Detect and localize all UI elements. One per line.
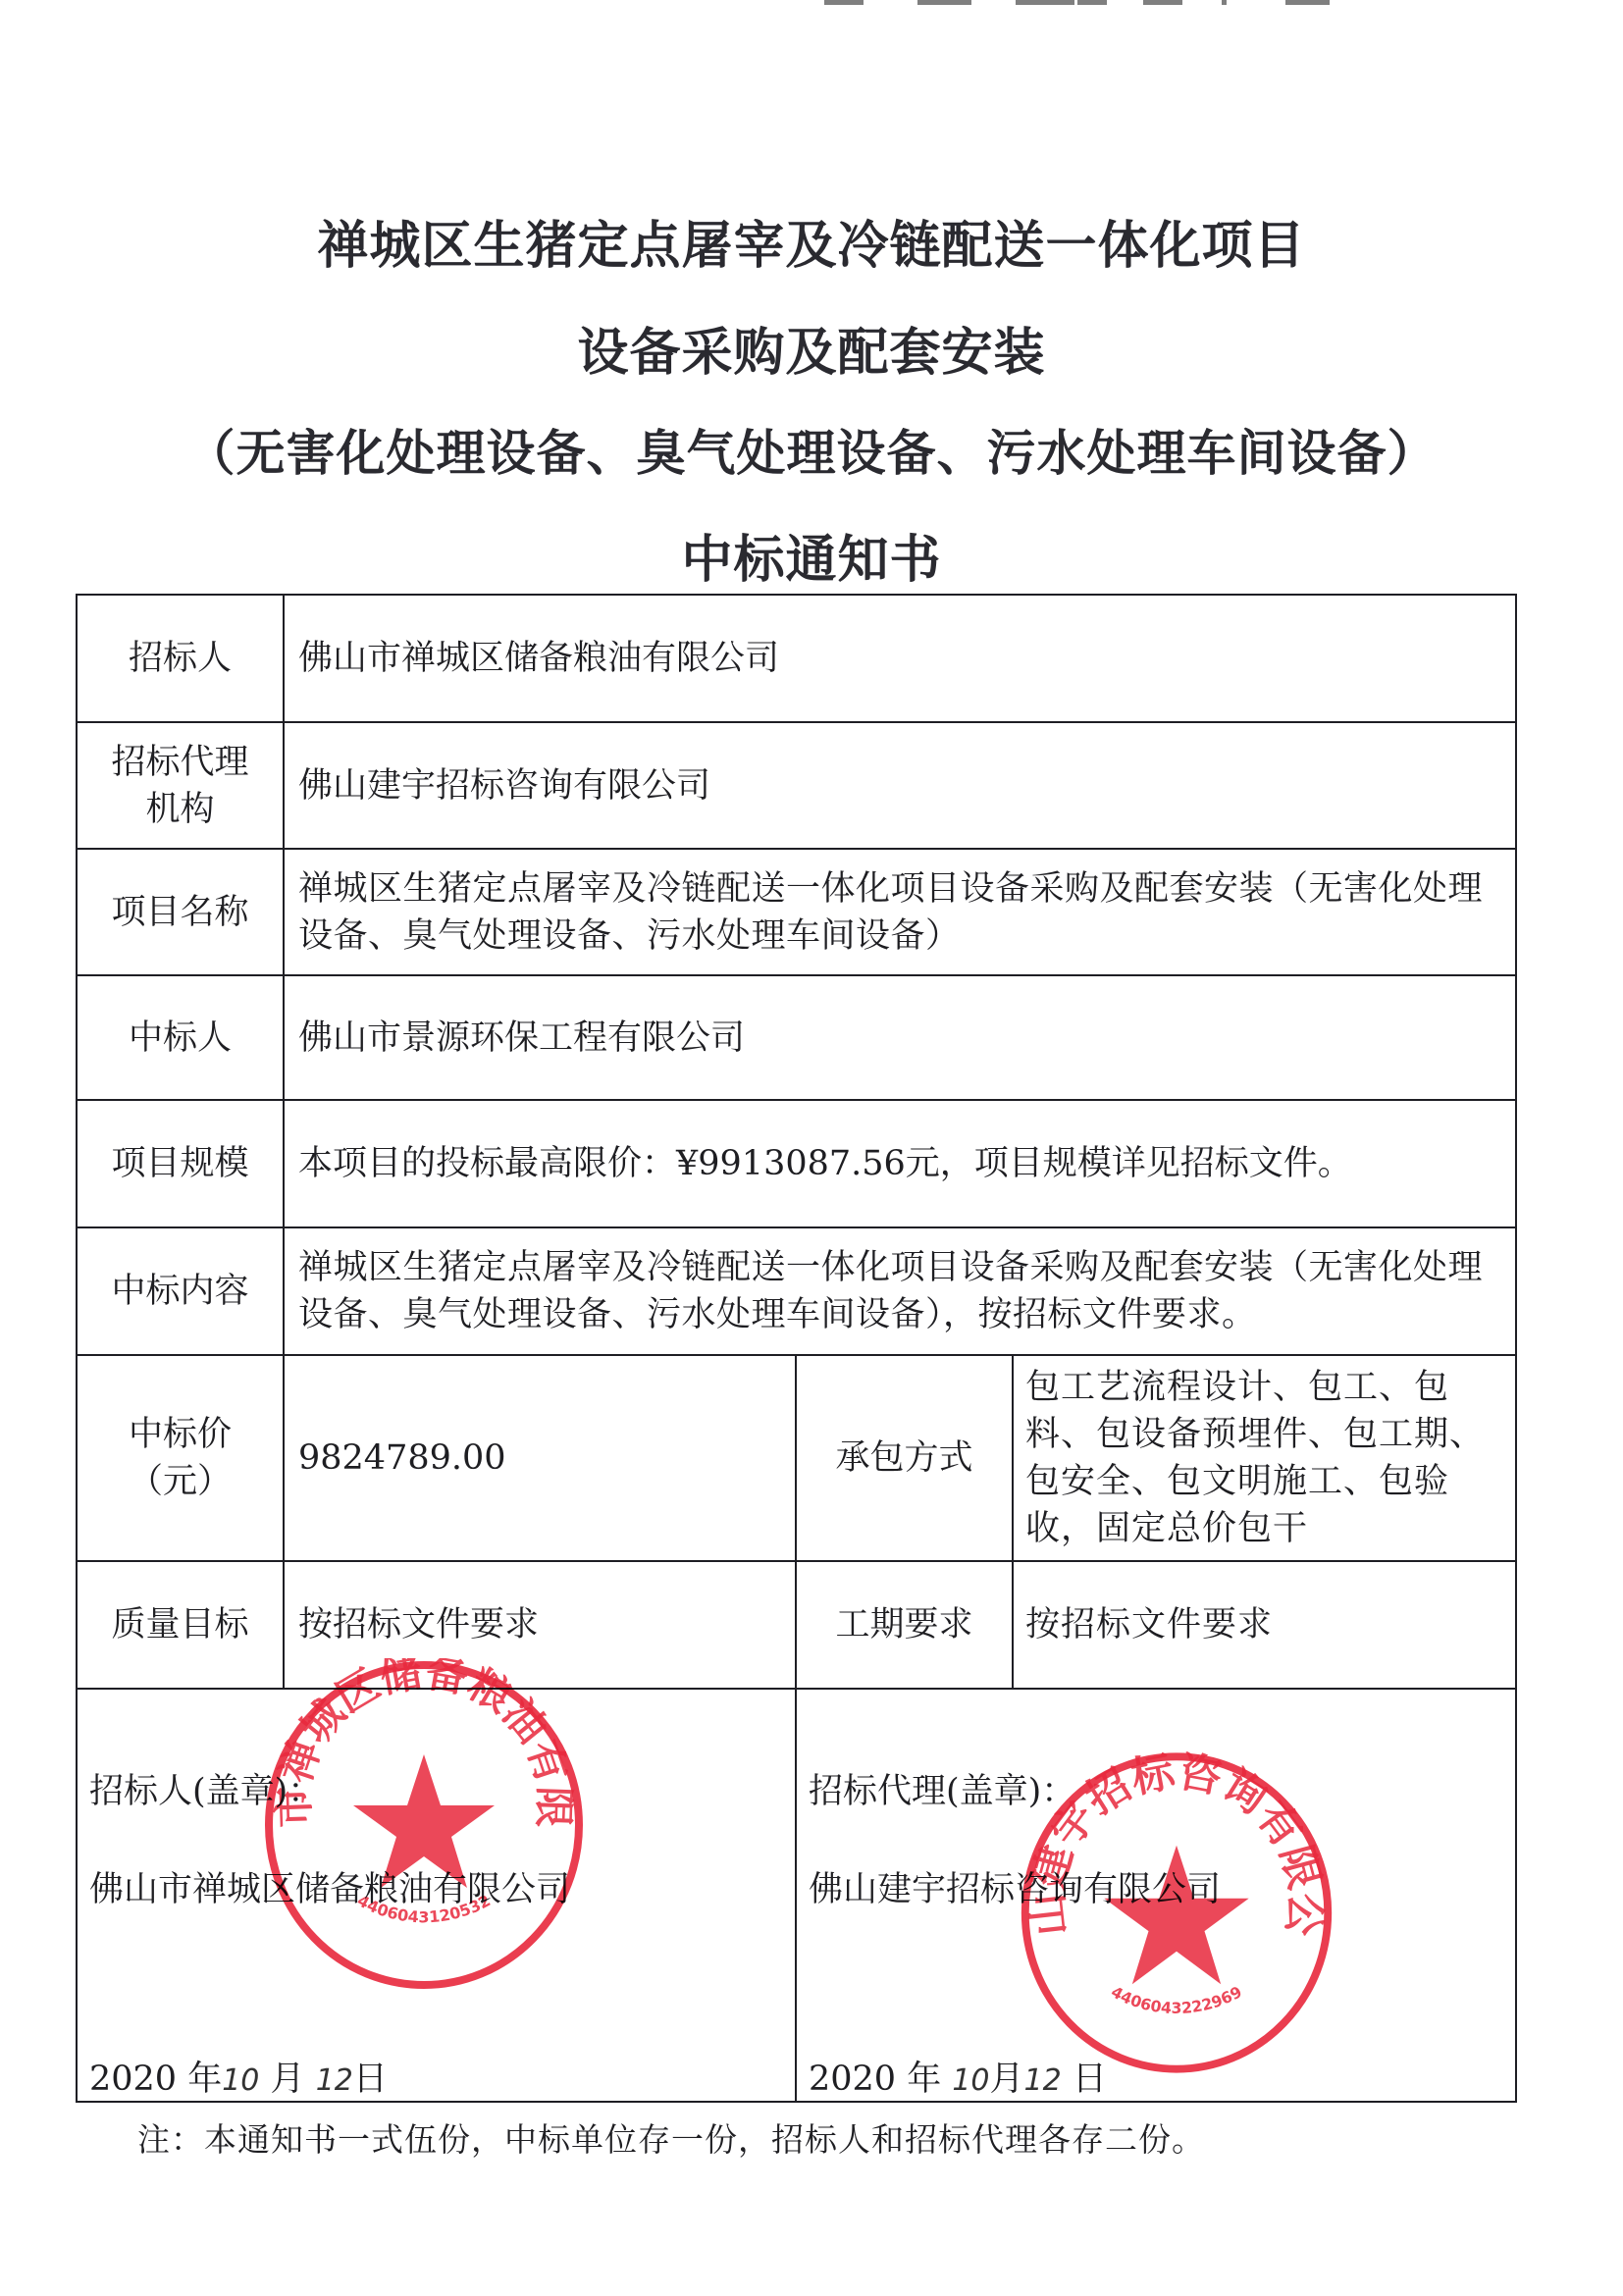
- agency-date: 2020 年 10月12 日: [809, 2052, 1107, 2101]
- label-tenderer: 招标人: [78, 596, 285, 721]
- table-row-award-price: 中标价 （元） 9824789.00 承包方式 包工艺流程设计、包工、包料、包设…: [78, 1356, 1515, 1562]
- table-row-winner: 中标人 佛山市景源环保工程有限公司: [78, 976, 1515, 1101]
- tenderer-company: 佛山市禅城区储备粮油有限公司: [89, 1862, 570, 1911]
- table-row-project-name: 项目名称 禅城区生猪定点屠宰及冷链配送一体化项目设备采购及配套安装（无害化处理设…: [78, 850, 1515, 976]
- award-table: 招标人 佛山市禅城区储备粮油有限公司 招标代理 机构 佛山建宇招标咨询有限公司 …: [76, 594, 1517, 2103]
- value-winner: 佛山市景源环保工程有限公司: [285, 976, 1515, 1099]
- title-line-1: 禅城区生猪定点屠宰及冷链配送一体化项目: [0, 204, 1623, 278]
- table-row-project-scale: 项目规模 本项目的投标最高限价：¥9913087.56元，项目规模详见招标文件。: [78, 1101, 1515, 1228]
- handwritten-day: 12: [316, 2063, 353, 2098]
- table-row-agency: 招标代理 机构 佛山建宇招标咨询有限公司: [78, 723, 1515, 850]
- label-winner: 中标人: [78, 976, 285, 1099]
- tenderer-signature: 招标人(盖章)： 佛山市禅城区储备粮油有限公司 2020 年10 月 12日: [78, 1690, 797, 2101]
- agency-seal-caption: 招标代理(盖章)：: [809, 1764, 1075, 1813]
- table-row-tenderer: 招标人 佛山市禅城区储备粮油有限公司: [78, 596, 1515, 723]
- title-line-2: 设备采购及配套安装: [0, 311, 1623, 385]
- value-project-scale: 本项目的投标最高限价：¥9913087.56元，项目规模详见招标文件。: [285, 1101, 1515, 1226]
- footnote: 注：本通知书一式伍份，中标单位存一份，招标人和招标代理各存二份。: [137, 2114, 1205, 2161]
- scan-edge-marks: [805, 0, 1492, 8]
- value-project-name: 禅城区生猪定点屠宰及冷链配送一体化项目设备采购及配套安装（无害化处理设备、臭气处…: [285, 850, 1515, 974]
- value-schedule: 按招标文件要求: [1014, 1562, 1515, 1688]
- award-notice-page: 禅城区生猪定点屠宰及冷链配送一体化项目 设备采购及配套安装 （无害化处理设备、臭…: [0, 0, 1623, 2296]
- value-contract-method: 包工艺流程设计、包工、包料、包设备预埋件、包工期、包安全、包文明施工、包验收，固…: [1014, 1356, 1515, 1560]
- tenderer-seal-caption: 招标人(盖章)：: [89, 1764, 322, 1813]
- agency-company: 佛山建宇招标咨询有限公司: [809, 1862, 1221, 1911]
- signature-row: 招标人(盖章)： 佛山市禅城区储备粮油有限公司 2020 年10 月 12日 招…: [78, 1690, 1515, 2101]
- label-contract-method: 承包方式: [797, 1356, 1014, 1560]
- value-award-content: 禅城区生猪定点屠宰及冷链配送一体化项目设备采购及配套安装（无害化处理设备、臭气处…: [285, 1228, 1515, 1354]
- label-award-content: 中标内容: [78, 1228, 285, 1354]
- table-row-quality: 质量目标 按招标文件要求 工期要求 按招标文件要求: [78, 1562, 1515, 1690]
- agency-signature: 招标代理(盖章)： 佛山建宇招标咨询有限公司 2020 年 10月12 日: [797, 1690, 1515, 2101]
- value-award-price: 9824789.00: [285, 1356, 797, 1560]
- handwritten-month: 10: [222, 2063, 259, 2098]
- title-line-3: （无害化处理设备、臭气处理设备、污水处理车间设备）: [0, 414, 1623, 485]
- value-tenderer: 佛山市禅城区储备粮油有限公司: [285, 596, 1515, 721]
- label-project-name: 项目名称: [78, 850, 285, 974]
- label-schedule: 工期要求: [797, 1562, 1014, 1688]
- table-row-award-content: 中标内容 禅城区生猪定点屠宰及冷链配送一体化项目设备采购及配套安装（无害化处理设…: [78, 1228, 1515, 1356]
- value-agency: 佛山建宇招标咨询有限公司: [285, 723, 1515, 848]
- handwritten-month: 10: [952, 2063, 989, 2098]
- label-agency: 招标代理 机构: [78, 723, 285, 848]
- value-quality-target: 按招标文件要求: [285, 1562, 797, 1688]
- tenderer-date: 2020 年10 月 12日: [89, 2052, 388, 2101]
- label-project-scale: 项目规模: [78, 1101, 285, 1226]
- document-title: 中标通知书: [0, 518, 1623, 592]
- label-award-price: 中标价 （元）: [78, 1356, 285, 1560]
- handwritten-day: 12: [1024, 2063, 1062, 2098]
- label-quality-target: 质量目标: [78, 1562, 285, 1688]
